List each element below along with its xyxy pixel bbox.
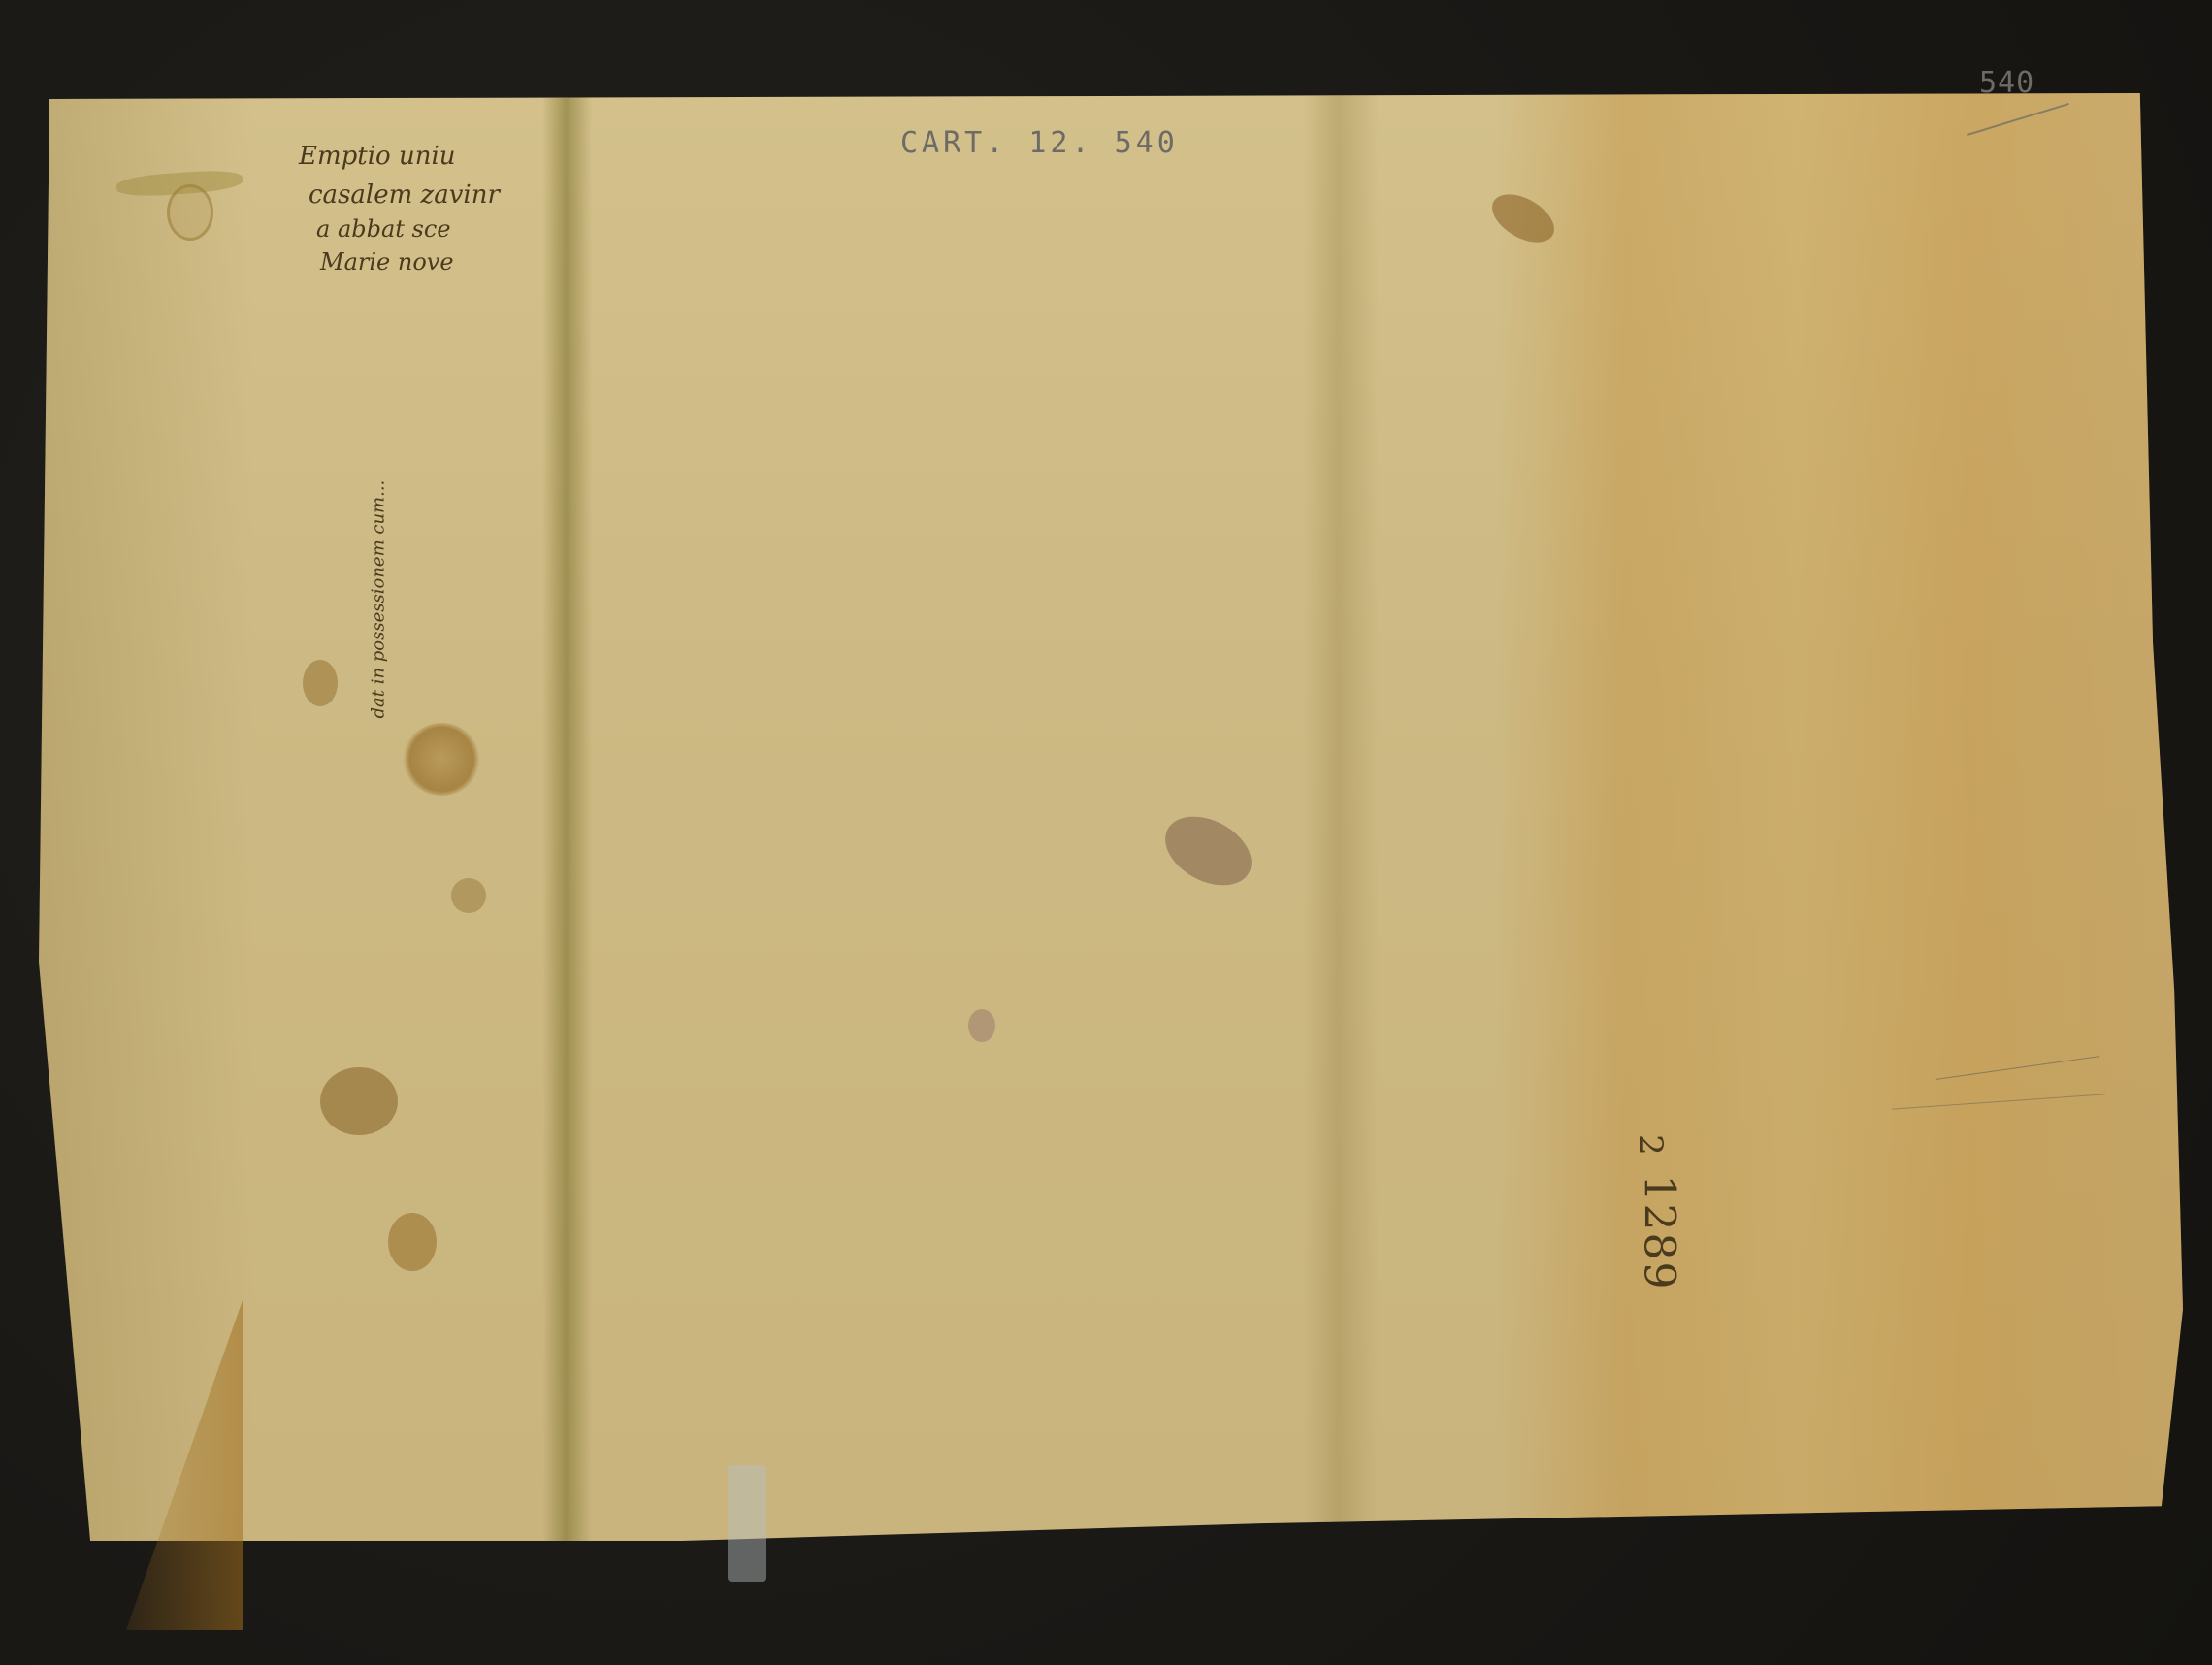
stain-ring-large (403, 723, 480, 796)
endorsement-line-2: casalem zavinr (309, 180, 500, 210)
stain-left-3 (388, 1213, 437, 1271)
endorsement-line-3: a abbat sce (316, 215, 451, 243)
rotated-date-mark: 2 (1631, 1134, 1670, 1156)
stain-left-1 (303, 660, 338, 706)
corner-folio-number: 540 (1979, 66, 2034, 100)
rotated-date: 1289 (1634, 1175, 1683, 1291)
parchment-sheet (39, 93, 2183, 1541)
endorsement-line-4: Marie nove (320, 248, 454, 276)
vertical-note: dat in possessionem cum... (369, 408, 389, 719)
stain-left-4 (451, 878, 486, 913)
stain-center-small (968, 1009, 995, 1042)
archive-shelfmark: CART. 12. 540 (900, 126, 1179, 160)
stain-left-2 (320, 1067, 398, 1135)
endorsement-line-1: Emptio uniu (299, 142, 456, 171)
repair-patch-bottom (728, 1465, 766, 1582)
